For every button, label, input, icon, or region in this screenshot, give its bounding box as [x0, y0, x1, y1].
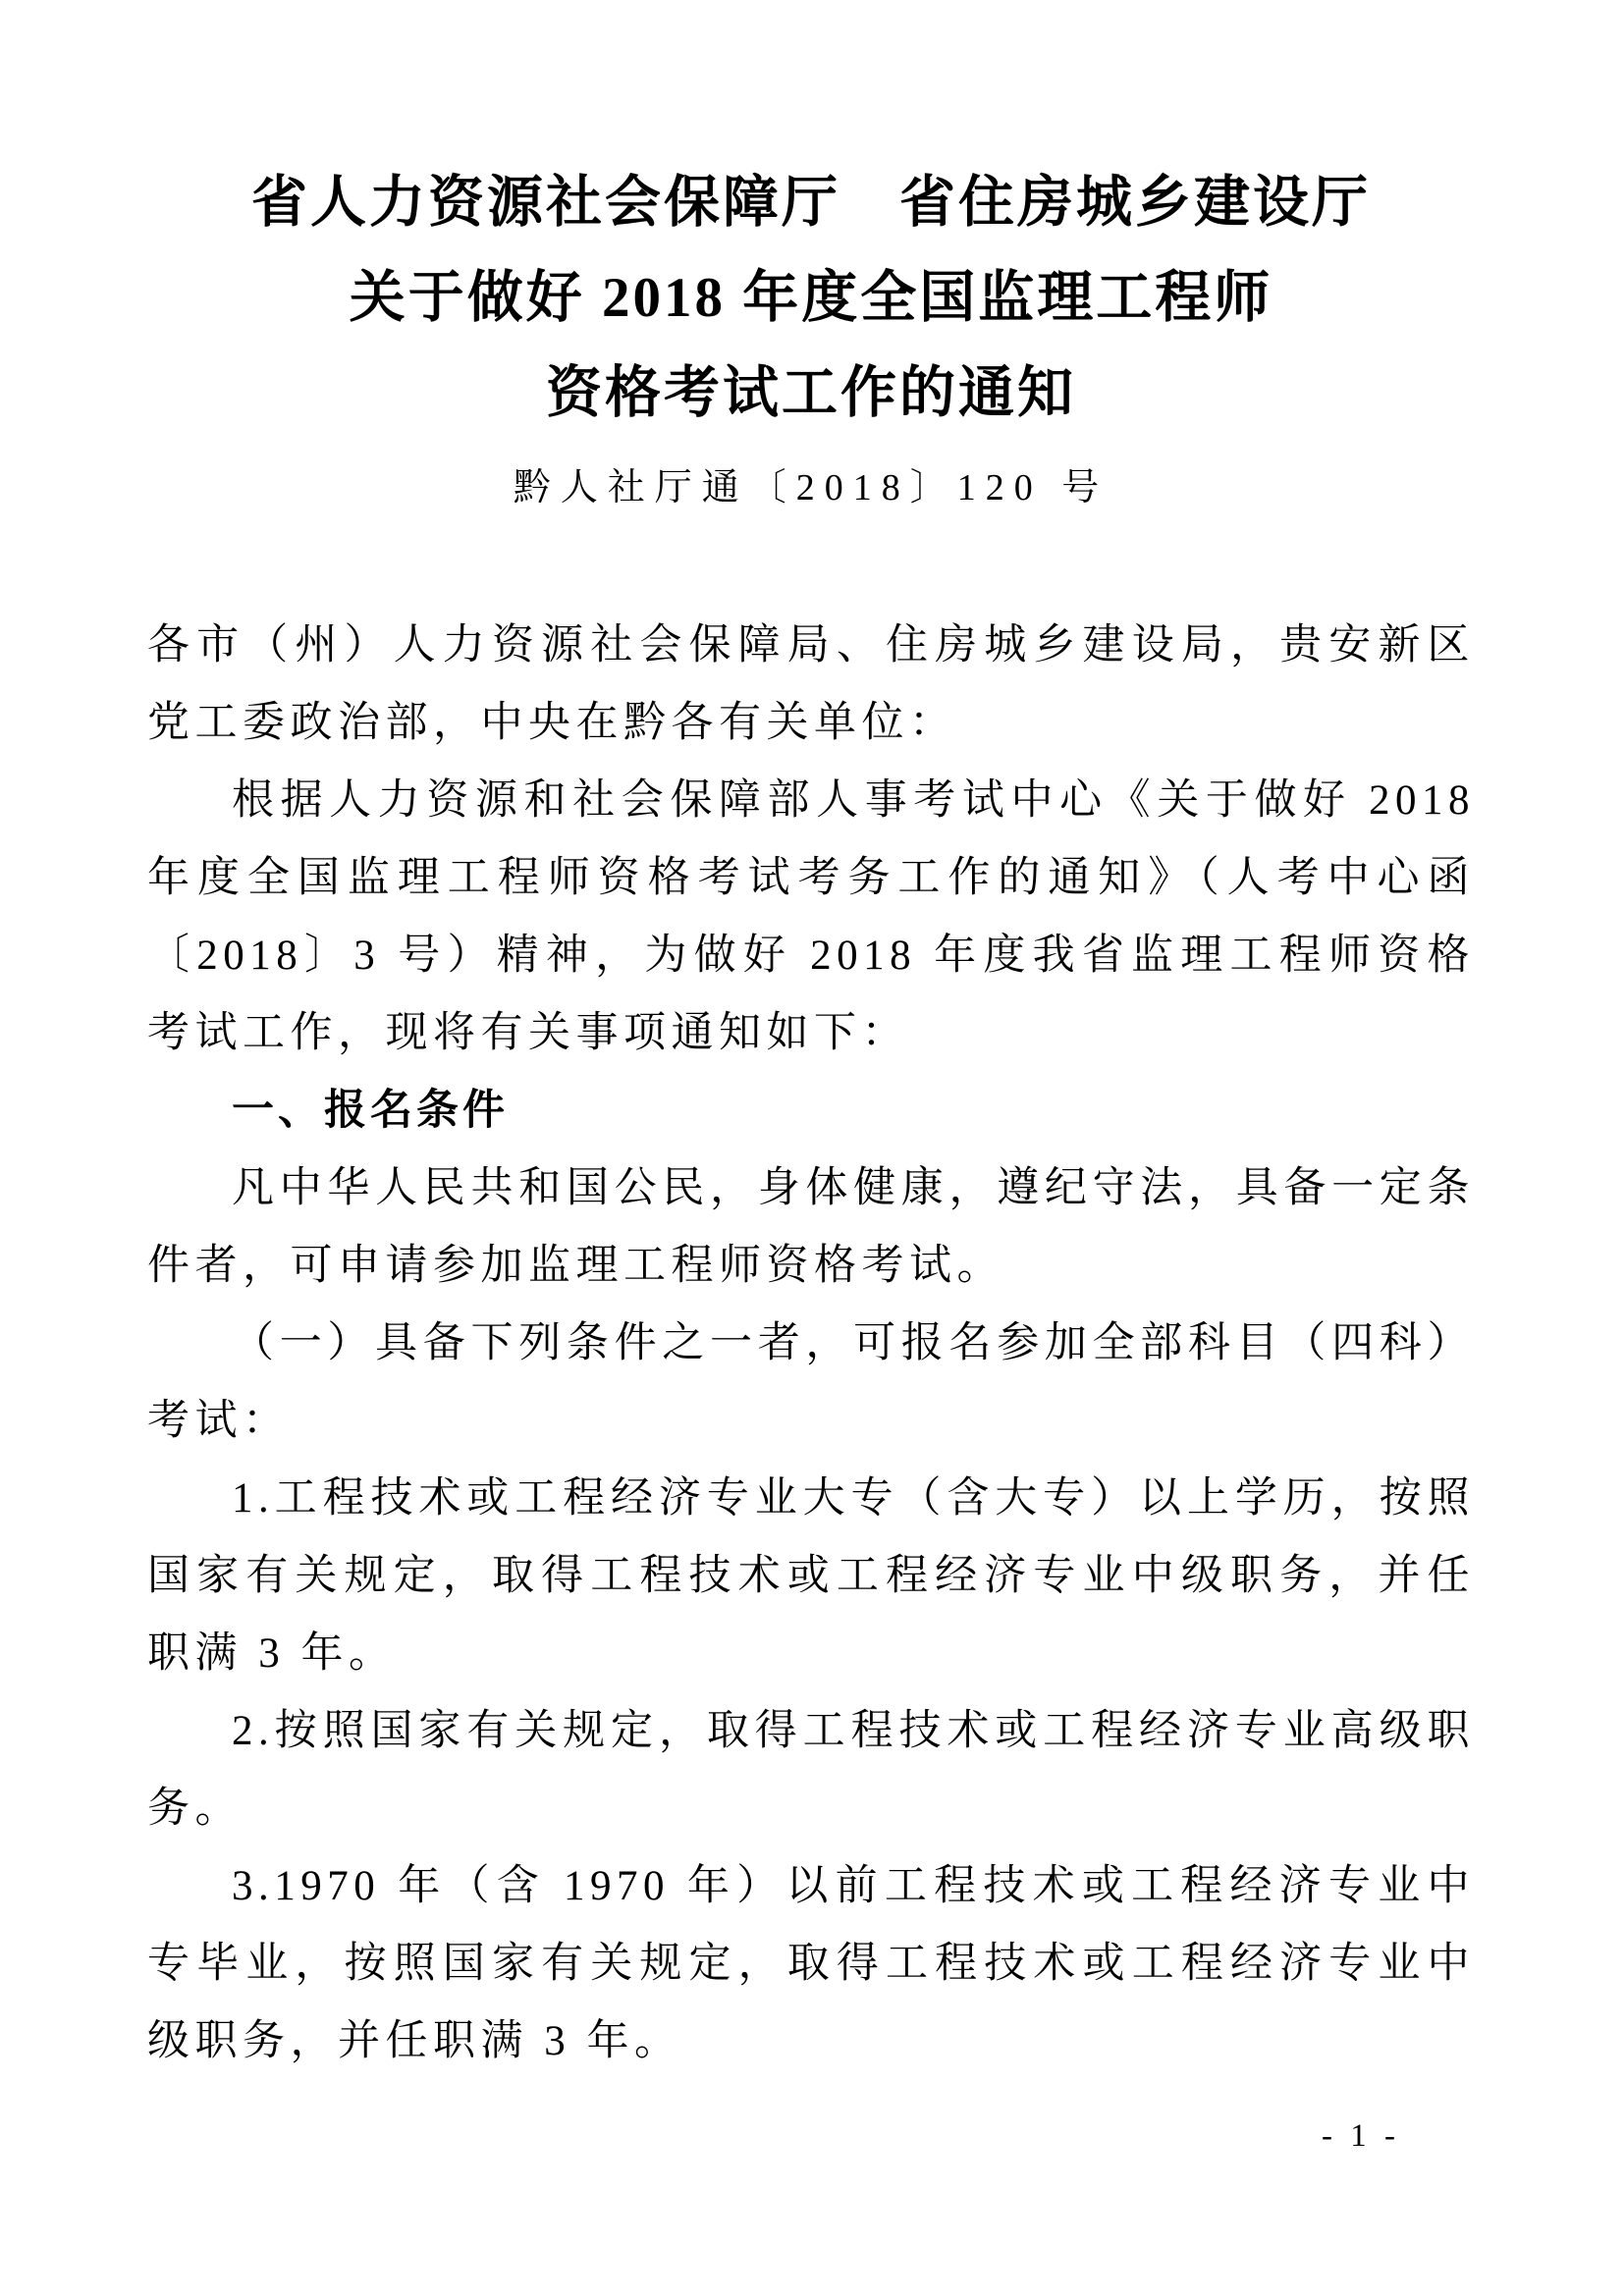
title-line-3: 资格考试工作的通知	[147, 346, 1475, 441]
document-number: 黔人社厅通〔2018〕120 号	[147, 456, 1475, 510]
paragraph-condition-3: 3.1970 年（含 1970 年）以前工程技术或工程经济专业中专毕业，按照国家…	[147, 1847, 1475, 2080]
intro-paragraph: 根据人力资源和社会保障部人事考试中心《关于做好 2018 年度全国监理工程师资格…	[147, 762, 1475, 1072]
title-line-2: 关于做好 2018 年度全国监理工程师	[147, 250, 1475, 346]
salutation-paragraph: 各市（州）人力资源社会保障局、住房城乡建设局，贵安新区党工委政治部，中央在黔各有…	[147, 607, 1475, 762]
paragraph-condition-1: 1.工程技术或工程经济专业大专（含大专）以上学历，按照国家有关规定，取得工程技术…	[147, 1460, 1475, 1692]
document-page: 省人力资源社会保障厅 省住房城乡建设厅 关于做好 2018 年度全国监理工程师 …	[0, 0, 1624, 2296]
document-body: 各市（州）人力资源社会保障局、住房城乡建设局，贵安新区党工委政治部，中央在黔各有…	[147, 607, 1475, 2080]
title-line-1: 省人力资源社会保障厅 省住房城乡建设厅	[147, 155, 1475, 250]
paragraph-condition-2: 2.按照国家有关规定，取得工程技术或工程经济专业高级职务。	[147, 1692, 1475, 1847]
page-number: - 1 -	[1322, 2118, 1400, 2155]
section-heading-registration-conditions: 一、报名条件	[147, 1072, 1475, 1149]
paragraph-condition-intro: （一）具备下列条件之一者，可报名参加全部科目（四科）考试：	[147, 1305, 1475, 1460]
paragraph-eligibility: 凡中华人民共和国公民，身体健康，遵纪守法，具备一定条件者，可申请参加监理工程师资…	[147, 1149, 1475, 1305]
document-content: 省人力资源社会保障厅 省住房城乡建设厅 关于做好 2018 年度全国监理工程师 …	[147, 0, 1475, 2080]
document-title: 省人力资源社会保障厅 省住房城乡建设厅 关于做好 2018 年度全国监理工程师 …	[147, 155, 1475, 441]
